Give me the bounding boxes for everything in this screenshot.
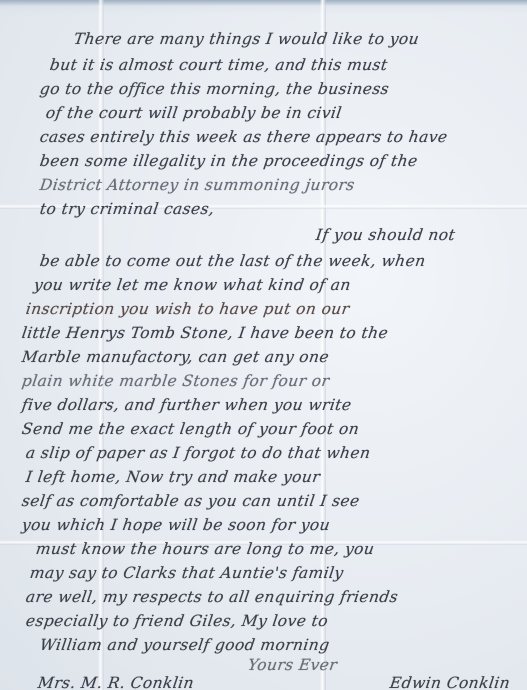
letter-signature: Edwin Conklin <box>389 674 512 690</box>
letter-line: District Attorney in summoning jurors <box>39 176 356 194</box>
letter-line: Marble manufactory, can get any one <box>21 348 331 366</box>
letter-line: been some illegality in the proceedings … <box>39 152 419 170</box>
letter-line: There are many things I would like to yo… <box>73 30 421 48</box>
letter-line: especially to friend Giles, My love to <box>25 612 330 630</box>
letter-page: There are many things I would like to yo… <box>0 0 527 690</box>
letter-line: to try criminal cases, <box>39 200 216 218</box>
letter-closing: Yours Ever <box>247 656 339 674</box>
letter-line: five dollars, and further when you write <box>21 396 353 414</box>
letter-line: may say to Clarks that Auntie's family <box>29 564 345 582</box>
letter-line: self as comfortable as you can until I s… <box>21 492 361 510</box>
scan-edge <box>0 0 527 6</box>
letter-addressee: Mrs. M. R. Conklin <box>37 674 196 690</box>
letter-line: you write let me know what kind of an <box>33 276 352 294</box>
letter-line: you which I hope will be soon for you <box>21 516 332 534</box>
letter-line: William and yourself good morning <box>39 636 331 654</box>
letter-line: little Henrys Tomb Stone, I have been to… <box>21 324 390 342</box>
letter-line: but it is almost court time, and this mu… <box>49 56 389 74</box>
letter-line: plain white marble Stones for four or <box>21 372 331 390</box>
letter-line: must know the hours are long to me, you <box>35 540 376 558</box>
letter-line: cases entirely this week as there appear… <box>39 128 449 146</box>
letter-line: are well, my respects to all enquiring f… <box>25 588 400 606</box>
letter-line: inscription you wish to have put on our <box>25 300 351 318</box>
letter-line: be able to come out the last of the week… <box>39 252 427 270</box>
letter-line: I left home, Now try and make your <box>25 468 322 486</box>
letter-line: go to the office this morning, the busin… <box>39 80 391 98</box>
letter-line: Send me the exact length of your foot on <box>21 420 361 438</box>
letter-line: If you should not <box>315 226 457 244</box>
letter-line: of the court will probably be in civil <box>45 104 343 122</box>
letter-line: a slip of paper as I forgot to do that w… <box>25 444 372 462</box>
